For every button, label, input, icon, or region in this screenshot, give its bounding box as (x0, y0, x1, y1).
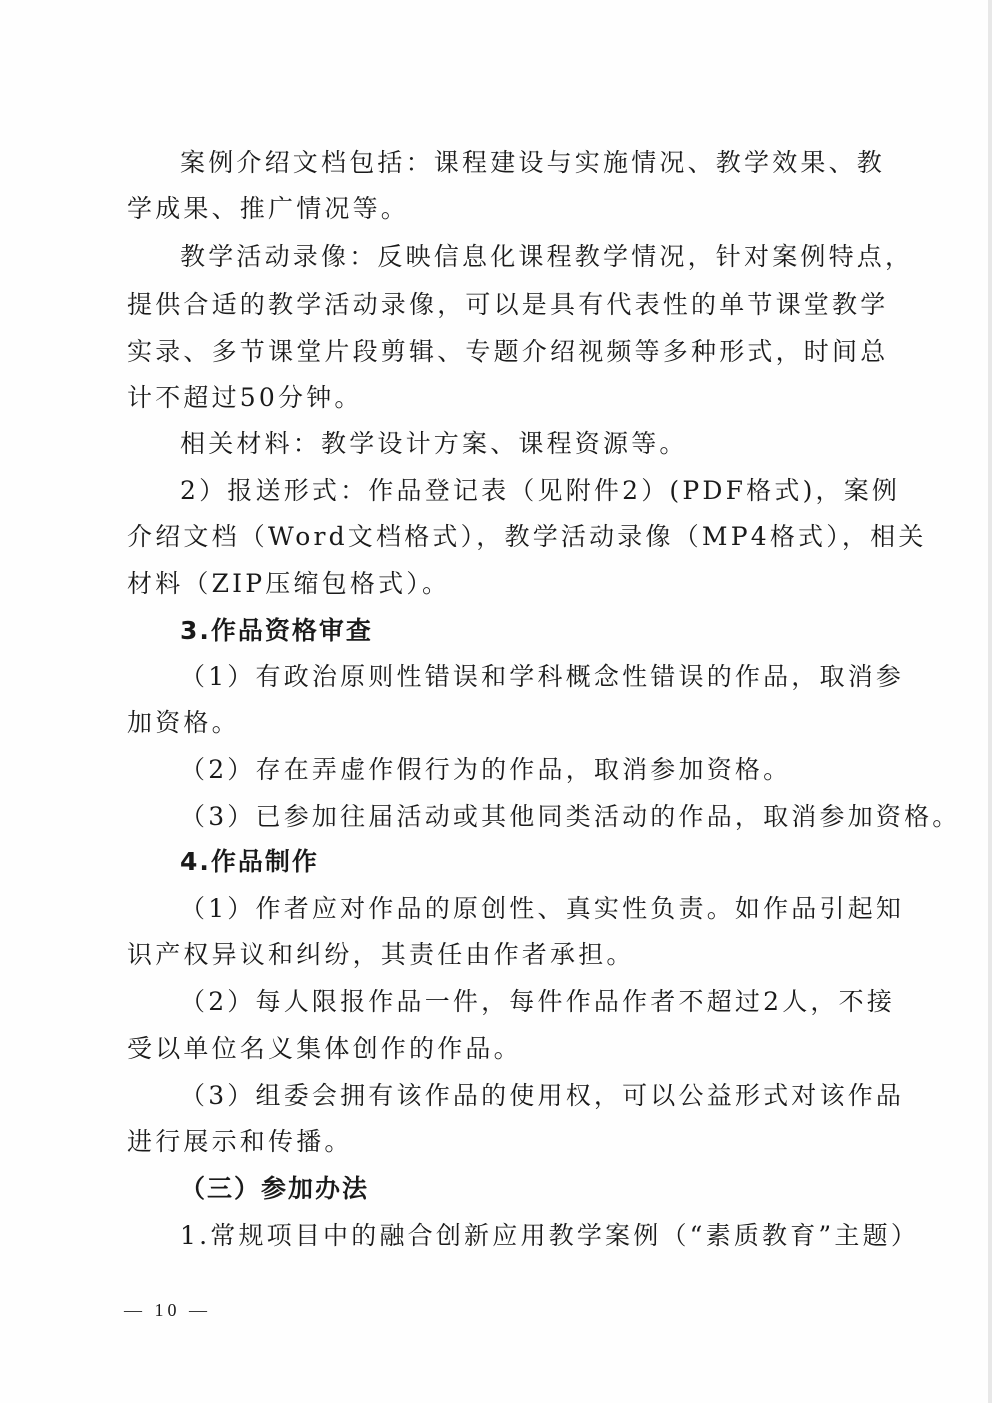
paragraph-line: （3）已参加往届活动或其他同类活动的作品，取消参加资格。 (180, 802, 910, 832)
paragraph-line: 材料（ZIP压缩包格式）。 (127, 569, 857, 599)
document-page: 案例介绍文档包括：课程建设与实施情况、教学效果、教学成果、推广情况等。教学活动录… (0, 0, 992, 1403)
paragraph-line: 学成果、推广情况等。 (127, 194, 857, 224)
paragraph-line: （2）存在弄虚作假行为的作品，取消参加资格。 (180, 755, 910, 785)
paragraph-line: 实录、多节课堂片段剪辑、专题介绍视频等多种形式，时间总 (127, 337, 857, 367)
section-heading: （三）参加办法 (180, 1174, 910, 1204)
paragraph-line: 相关材料：教学设计方案、课程资源等。 (180, 429, 910, 459)
paragraph-line: 案例介绍文档包括：课程建设与实施情况、教学效果、教 (180, 148, 910, 178)
page-number: — 10 — (124, 1300, 211, 1321)
paragraph-line: 识产权异议和纠纷，其责任由作者承担。 (127, 940, 857, 970)
section-heading: 3.作品资格审查 (180, 616, 910, 646)
paragraph-line: 进行展示和传播。 (127, 1127, 857, 1157)
paragraph-line: 1.常规项目中的融合创新应用教学案例（“素质教育”主题） (180, 1221, 910, 1251)
paragraph-line: 受以单位名义集体创作的作品。 (127, 1034, 857, 1064)
page-edge (988, 0, 992, 1403)
paragraph-line: 教学活动录像：反映信息化课程教学情况，针对案例特点， (180, 242, 910, 272)
paragraph-line: （1）作者应对作品的原创性、真实性负责。如作品引起知 (180, 894, 910, 924)
paragraph-line: （3）组委会拥有该作品的使用权，可以公益形式对该作品 (180, 1081, 910, 1111)
paragraph-line: （1）有政治原则性错误和学科概念性错误的作品，取消参 (180, 662, 910, 692)
paragraph-line: 介绍文档（Word文档格式），教学活动录像（MP4格式），相关 (127, 522, 857, 552)
paragraph-line: 加资格。 (127, 708, 857, 738)
paragraph-line: 2）报送形式：作品登记表（见附件2）(PDF格式)，案例 (180, 476, 910, 506)
section-heading: 4.作品制作 (180, 847, 910, 877)
paragraph-line: 提供合适的教学活动录像，可以是具有代表性的单节课堂教学 (127, 290, 857, 320)
paragraph-line: （2）每人限报作品一件，每件作品作者不超过2人，不接 (180, 987, 910, 1017)
paragraph-line: 计不超过50分钟。 (127, 383, 857, 413)
